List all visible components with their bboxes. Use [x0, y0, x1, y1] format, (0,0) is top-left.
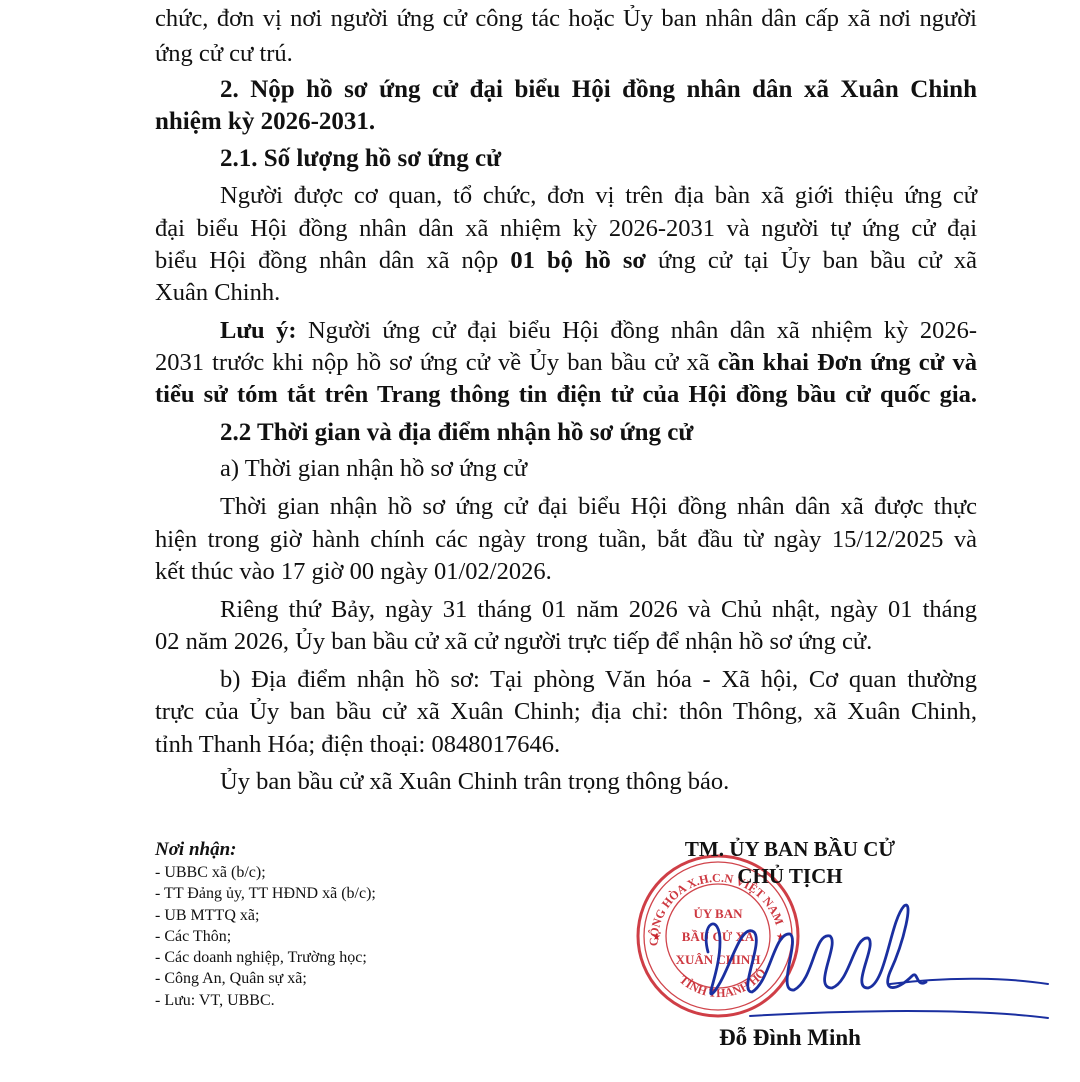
paragraph-line: Người được cơ quan, tổ chức, đơn vị trên… [155, 180, 977, 212]
text-segment: ứng cử tại Ủy ban bầu cử xã [646, 247, 977, 274]
paragraph-line: Riêng thứ Bảy, ngày 31 tháng 01 năm 2026… [155, 594, 977, 626]
subsection-b-line: b) Địa điểm nhận hồ sơ: Tại phòng Văn hó… [155, 664, 977, 696]
subsection-a-title: a) Thời gian nhận hồ sơ ứng cử [155, 453, 977, 485]
recipient-item: - Lưu: VT, UBBC. [155, 990, 485, 1011]
subsection-b-line: tỉnh Thanh Hóa; điện thoại: 0848017646. [155, 729, 977, 761]
paragraph-line: Thời gian nhận hồ sơ ứng cử đại biểu Hội… [155, 491, 977, 523]
signer-position: CHỦ TỊCH [620, 863, 960, 889]
section-2-1-title: 2.1. Số lượng hồ sơ ứng cử [155, 143, 977, 175]
paragraph-line: Xuân Chinh. [155, 277, 977, 309]
recipient-item: - Công An, Quân sự xã; [155, 968, 485, 989]
paragraph-line: kết thúc vào 17 giờ 00 ngày 01/02/2026. [155, 556, 977, 588]
paragraph-line: hiện trong giờ hành chính các ngày trong… [155, 524, 977, 556]
text-segment: Người ứng cử đại biểu Hội đồng nhân dân … [297, 317, 977, 344]
recipient-item: - Các doanh nghiệp, Trường học; [155, 947, 485, 968]
closing-statement: Ủy ban bầu cử xã Xuân Chinh trân trọng t… [155, 766, 977, 798]
recipients-block: Nơi nhận: - UBBC xã (b/c); - TT Đảng ủy,… [155, 838, 485, 1011]
note-line: tiểu sử tóm tắt trên Trang thông tin điệ… [155, 379, 977, 411]
recipient-item: - Các Thôn; [155, 926, 485, 947]
signer-organization: TM. ỦY BAN BẦU CỬ [620, 836, 960, 862]
paragraph-line: 02 năm 2026, Ủy ban bầu cử xã cử người t… [155, 626, 977, 658]
note-label: Lưu ý: [220, 317, 297, 344]
section-2-title-cont: nhiệm kỳ 2026-2031. [155, 106, 977, 138]
text-segment: 2031 trước khi nộp hồ sơ ứng cử về Ủy ba… [155, 349, 718, 376]
recipients-title: Nơi nhận: [155, 838, 485, 862]
emphasis-text: 01 bộ hồ sơ [510, 247, 646, 274]
recipient-item: - TT Đảng ủy, TT HĐND xã (b/c); [155, 883, 485, 904]
body-text-line: ứng cử cư trú. [155, 38, 977, 70]
handwritten-signature-icon [690, 892, 1050, 1022]
section-2-2-title: 2.2 Thời gian và địa điểm nhận hồ sơ ứng… [155, 417, 977, 449]
recipient-item: - UB MTTQ xã; [155, 905, 485, 926]
signer-name: Đỗ Đình Minh [620, 1024, 960, 1052]
paragraph-line: đại biểu Hội đồng nhân dân xã nhiệm kỳ 2… [155, 213, 977, 245]
note-line: Lưu ý: Người ứng cử đại biểu Hội đồng nh… [155, 315, 977, 347]
section-2-title: 2. Nộp hồ sơ ứng cử đại biểu Hội đồng nh… [155, 74, 977, 106]
paragraph-line: biểu Hội đồng nhân dân xã nộp 01 bộ hồ s… [155, 245, 977, 277]
recipient-item: - UBBC xã (b/c); [155, 862, 485, 883]
signature-block: TM. ỦY BAN BẦU CỬ CHỦ TỊCH CỘNG HÒA X.H.… [620, 832, 980, 1072]
body-text-line: chức, đơn vị nơi người ứng cử công tác h… [155, 3, 977, 35]
svg-text:★: ★ [652, 932, 661, 943]
note-line: 2031 trước khi nộp hồ sơ ứng cử về Ủy ba… [155, 347, 977, 379]
emphasis-text: cần khai Đơn ứng cử và [718, 349, 977, 376]
subsection-b-line: trực của Ủy ban bầu cử xã Xuân Chinh; đị… [155, 696, 977, 728]
text-segment: biểu Hội đồng nhân dân xã nộp [155, 247, 510, 274]
